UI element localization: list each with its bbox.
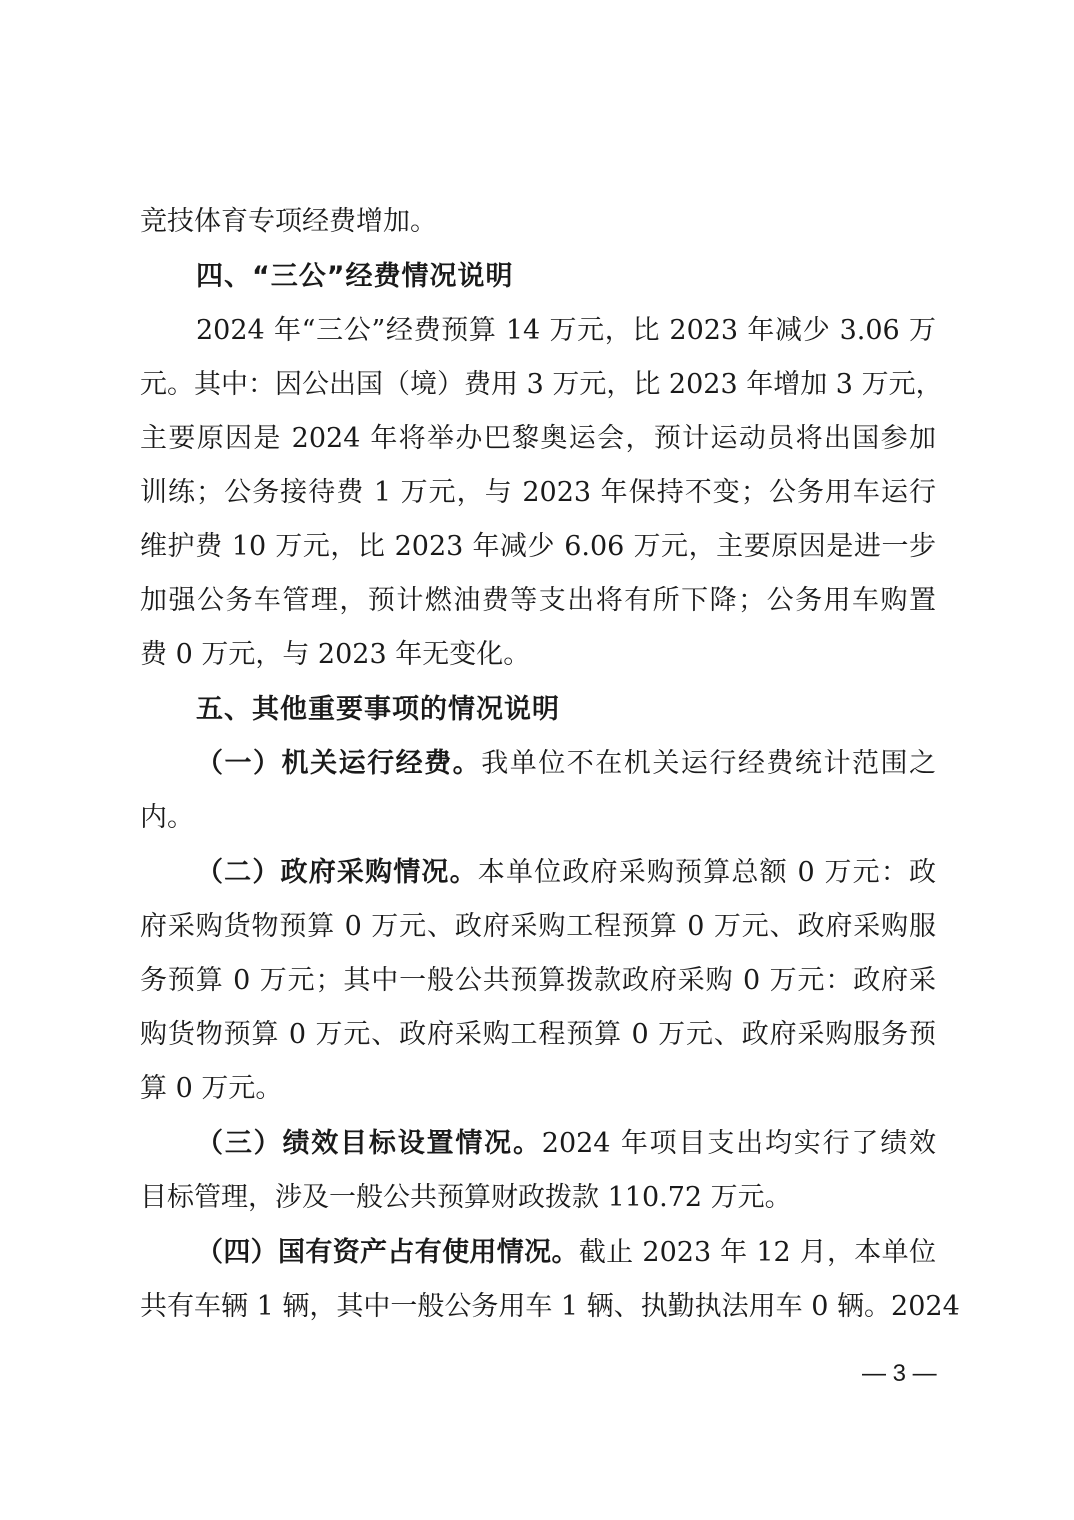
paragraph-line: 算 0 万元。: [140, 1069, 936, 1109]
section-heading-other-matters: 五、其他重要事项的情况说明: [196, 690, 936, 730]
paragraph-line: 费 0 万元，与 2023 年无变化。: [140, 635, 936, 675]
page-number: — 3 —: [862, 1358, 937, 1390]
sub-item-government-procurement: （二）政府采购情况。本单位政府采购预算总额 0 万元：政: [196, 853, 936, 893]
paragraph-line: 元。其中：因公出国（境）费用 3 万元，比 2023 年增加 3 万元，: [140, 365, 936, 405]
sub-item-label: （二）政府采购情况。: [196, 857, 478, 888]
sub-item-operating-expenses: （一）机关运行经费。我单位不在机关运行经费统计范围之: [196, 744, 936, 784]
sub-item-label: （四）国有资产占有使用情况。: [196, 1237, 579, 1268]
paragraph-line: 务预算 0 万元；其中一般公共预算拨款政府采购 0 万元：政府采: [140, 961, 936, 1001]
paragraph-line: 目标管理，涉及一般公共预算财政拨款 110.72 万元。: [140, 1178, 936, 1218]
paragraph-line: 竞技体育专项经费增加。: [140, 202, 936, 242]
paragraph-line: 购货物预算 0 万元、政府采购工程预算 0 万元、政府采购服务预: [140, 1015, 936, 1055]
sub-item-performance-goals: （三）绩效目标设置情况。2024 年项目支出均实行了绩效: [196, 1124, 936, 1164]
paragraph-line: 内。: [140, 798, 936, 838]
paragraph-line: 加强公务车管理，预计燃油费等支出将有所下降；公务用车购置: [140, 581, 936, 621]
paragraph-line: 共有车辆 1 辆，其中一般公务用车 1 辆、执勤执法用车 0 辆。2024: [140, 1287, 936, 1327]
sub-item-text: 本单位政府采购预算总额 0 万元：政: [478, 857, 936, 888]
paragraph-line: 主要原因是 2024 年将举办巴黎奥运会，预计运动员将出国参加: [140, 419, 936, 459]
sub-item-label: （三）绩效目标设置情况。: [196, 1128, 542, 1159]
sub-item-state-assets: （四）国有资产占有使用情况。截止 2023 年 12 月，本单位: [196, 1233, 936, 1273]
sub-item-text: 我单位不在机关运行经费统计范围之: [481, 748, 936, 779]
paragraph-line: 训练；公务接待费 1 万元，与 2023 年保持不变；公务用车运行: [140, 473, 936, 513]
sub-item-text: 截止 2023 年 12 月，本单位: [579, 1237, 936, 1268]
paragraph-line: 维护费 10 万元，比 2023 年减少 6.06 万元，主要原因是进一步: [140, 527, 936, 567]
document-page: 竞技体育专项经费增加。 四、“三公”经费情况说明 2024 年“三公”经费预算 …: [0, 0, 1074, 1520]
paragraph-line: 府采购货物预算 0 万元、政府采购工程预算 0 万元、政府采购服: [140, 907, 936, 947]
section-heading-three-public-expenses: 四、“三公”经费情况说明: [196, 257, 936, 297]
paragraph-line: 2024 年“三公”经费预算 14 万元，比 2023 年减少 3.06 万: [196, 311, 936, 351]
sub-item-text: 2024 年项目支出均实行了绩效: [542, 1128, 936, 1159]
sub-item-label: （一）机关运行经费。: [196, 748, 481, 779]
